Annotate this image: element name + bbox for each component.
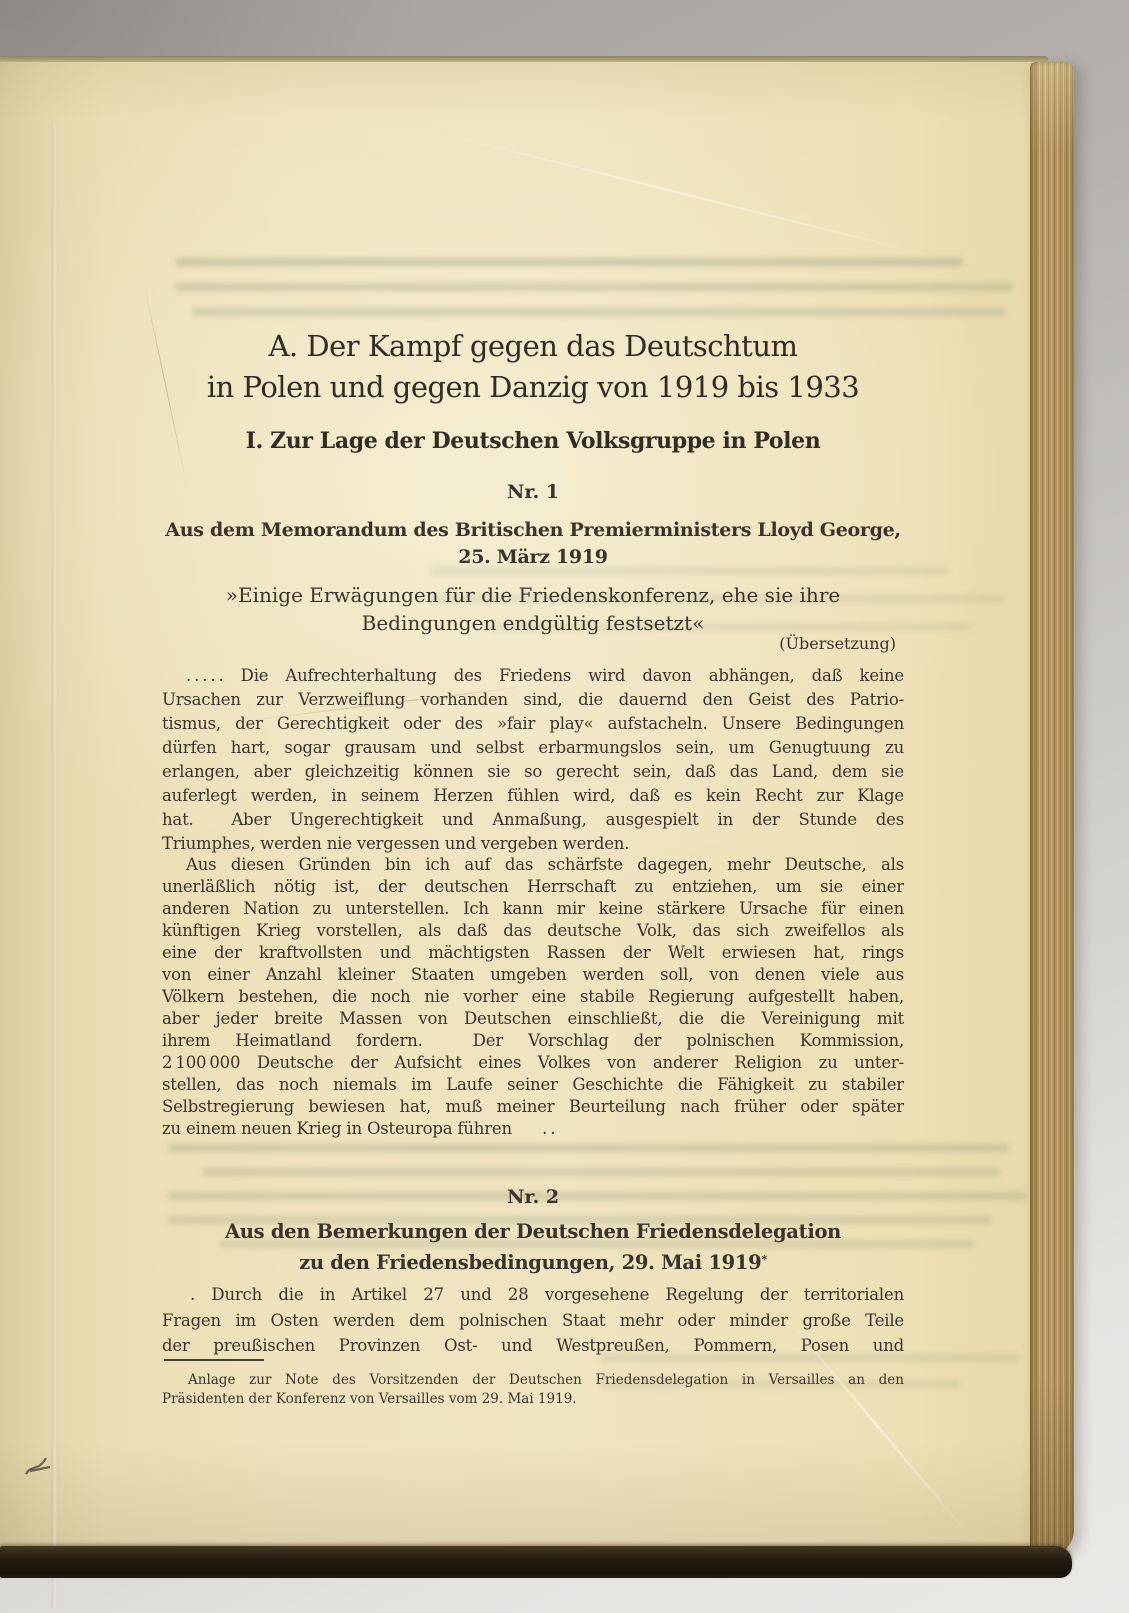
chapter-title: I. Zur Lage der Deutschen Volksgruppe in… [162,428,904,454]
book-page: A. Der Kampf gegen das Deutschtum in Pol… [0,62,1033,1546]
document-2-heading-line2: zu den Friedensbedingungen, 29. Mai 1919… [162,1246,904,1277]
scanner-background: A. Der Kampf gegen das Deutschtum in Pol… [0,0,1129,1613]
text-line: Ursachen zur Verzweiflung vorhanden sind… [162,688,904,712]
footnote: Anlage zur Note des Vorsitzenden der Deu… [162,1371,904,1409]
section-title-line2: in Polen und gegen Danzig von 1919 bis 1… [162,367,904,408]
footnote-separator [164,1359,264,1361]
memorandum-paragraph-1: . . . . . Die Aufrechterhaltung des Frie… [162,664,904,856]
text-line: von einer Anzahl kleiner Staaten umgeben… [162,964,904,986]
gutter-crease [52,124,57,1608]
quote-title-line1: »Einige Erwägungen für die Friedenskonfe… [162,581,904,609]
ghost-line [168,1144,1009,1152]
memorandum-paragraph-2: Aus diesen Gründen bin ich auf das schär… [162,854,904,1140]
text-line: Triumphes, werden nie vergessen und verg… [162,832,904,856]
section-title-line1: A. Der Kampf gegen das Deutschtum [162,326,904,367]
ghost-line [175,283,1013,291]
text-line: aber jeder breite Massen von Deutschen e… [162,1008,904,1030]
text-line: Völkern bestehen, die noch nie vorher ei… [162,986,904,1008]
document-2-heading: Aus den Bemerkungen der Deutschen Friede… [162,1218,904,1277]
ghost-line [192,308,1005,316]
document-1-heading-line1: Aus dem Memorandum des Britischen Premie… [162,517,904,544]
document-1-heading-line2: 25. März 1919 [162,544,904,571]
section-title: A. Der Kampf gegen das Deutschtum in Pol… [162,326,904,408]
footnote-line1: Anlage zur Note des Vorsitzenden der Deu… [162,1371,904,1390]
footnote-marker: * [761,1253,766,1266]
text-line: auferlegt werden, in seinem Herzen fühle… [162,784,904,808]
document-2-heading-line2-text: zu den Friedensbedingungen, 29. Mai 1919 [299,1251,761,1274]
text-line: unerläßlich nötig ist, der deutschen Her… [162,876,904,898]
translation-note: (Übersetzung) [162,634,904,653]
text-line: . Durch die in Artikel 27 und 28 vorgese… [162,1282,904,1308]
text-line: zu einem neuen Krieg in Osteuropa führen… [162,1118,904,1140]
memorandum-quote-title: »Einige Erwägungen für die Friedenskonfe… [162,581,904,637]
text-line: eine der kraftvollsten und mächtigsten R… [162,942,904,964]
document-number-1: Nr. 1 [162,481,904,503]
text-line: Selbstregierung bewiesen hat, muß meiner… [162,1096,904,1118]
text-line: künftigen Krieg vorstellen, als daß das … [162,920,904,942]
quote-title-line2: Bedingungen endgültig festsetzt« [162,609,904,637]
text-line: anderen Nation zu unterstellen. Ich kann… [162,898,904,920]
scratch-mark [428,129,933,256]
text-line: stellen, das noch niemals im Laufe seine… [162,1074,904,1096]
text-line: der preußischen Provinzen Ost- und Westp… [162,1333,904,1359]
text-line: 2 100 000 Deutsche der Aufsicht eines Vo… [162,1052,904,1074]
text-line: erlangen, aber gleichzeitig können sie s… [162,760,904,784]
ghost-line [202,1168,1000,1176]
document-number-2: Nr. 2 [162,1186,904,1208]
text-line: ihrem Heimatland fordern. Der Vorschlag … [162,1030,904,1052]
ink-mark [22,1452,58,1486]
text-line: hat. Aber Ungerechtigkeit und Anmaßung, … [162,808,904,832]
text-line: dürfen hart, sogar grausam und selbst er… [162,736,904,760]
ghost-line [175,258,963,266]
footnote-line2: Präsidenten der Konferenz von Versailles… [162,1390,904,1409]
text-line: Fragen im Osten werden dem polnischen St… [162,1308,904,1334]
book-fore-edge [1030,62,1074,1556]
book-cover-edge [0,1546,1072,1578]
show-through-text [175,258,1013,316]
document-1-heading: Aus dem Memorandum des Britischen Premie… [162,517,904,571]
text-line: Aus diesen Gründen bin ich auf das schär… [162,854,904,876]
remarks-paragraph: . Durch die in Artikel 27 und 28 vorgese… [162,1282,904,1359]
document-2-heading-line1: Aus den Bemerkungen der Deutschen Friede… [162,1218,904,1246]
text-line: tismus, der Gerechtigkeit oder des »fair… [162,712,904,736]
